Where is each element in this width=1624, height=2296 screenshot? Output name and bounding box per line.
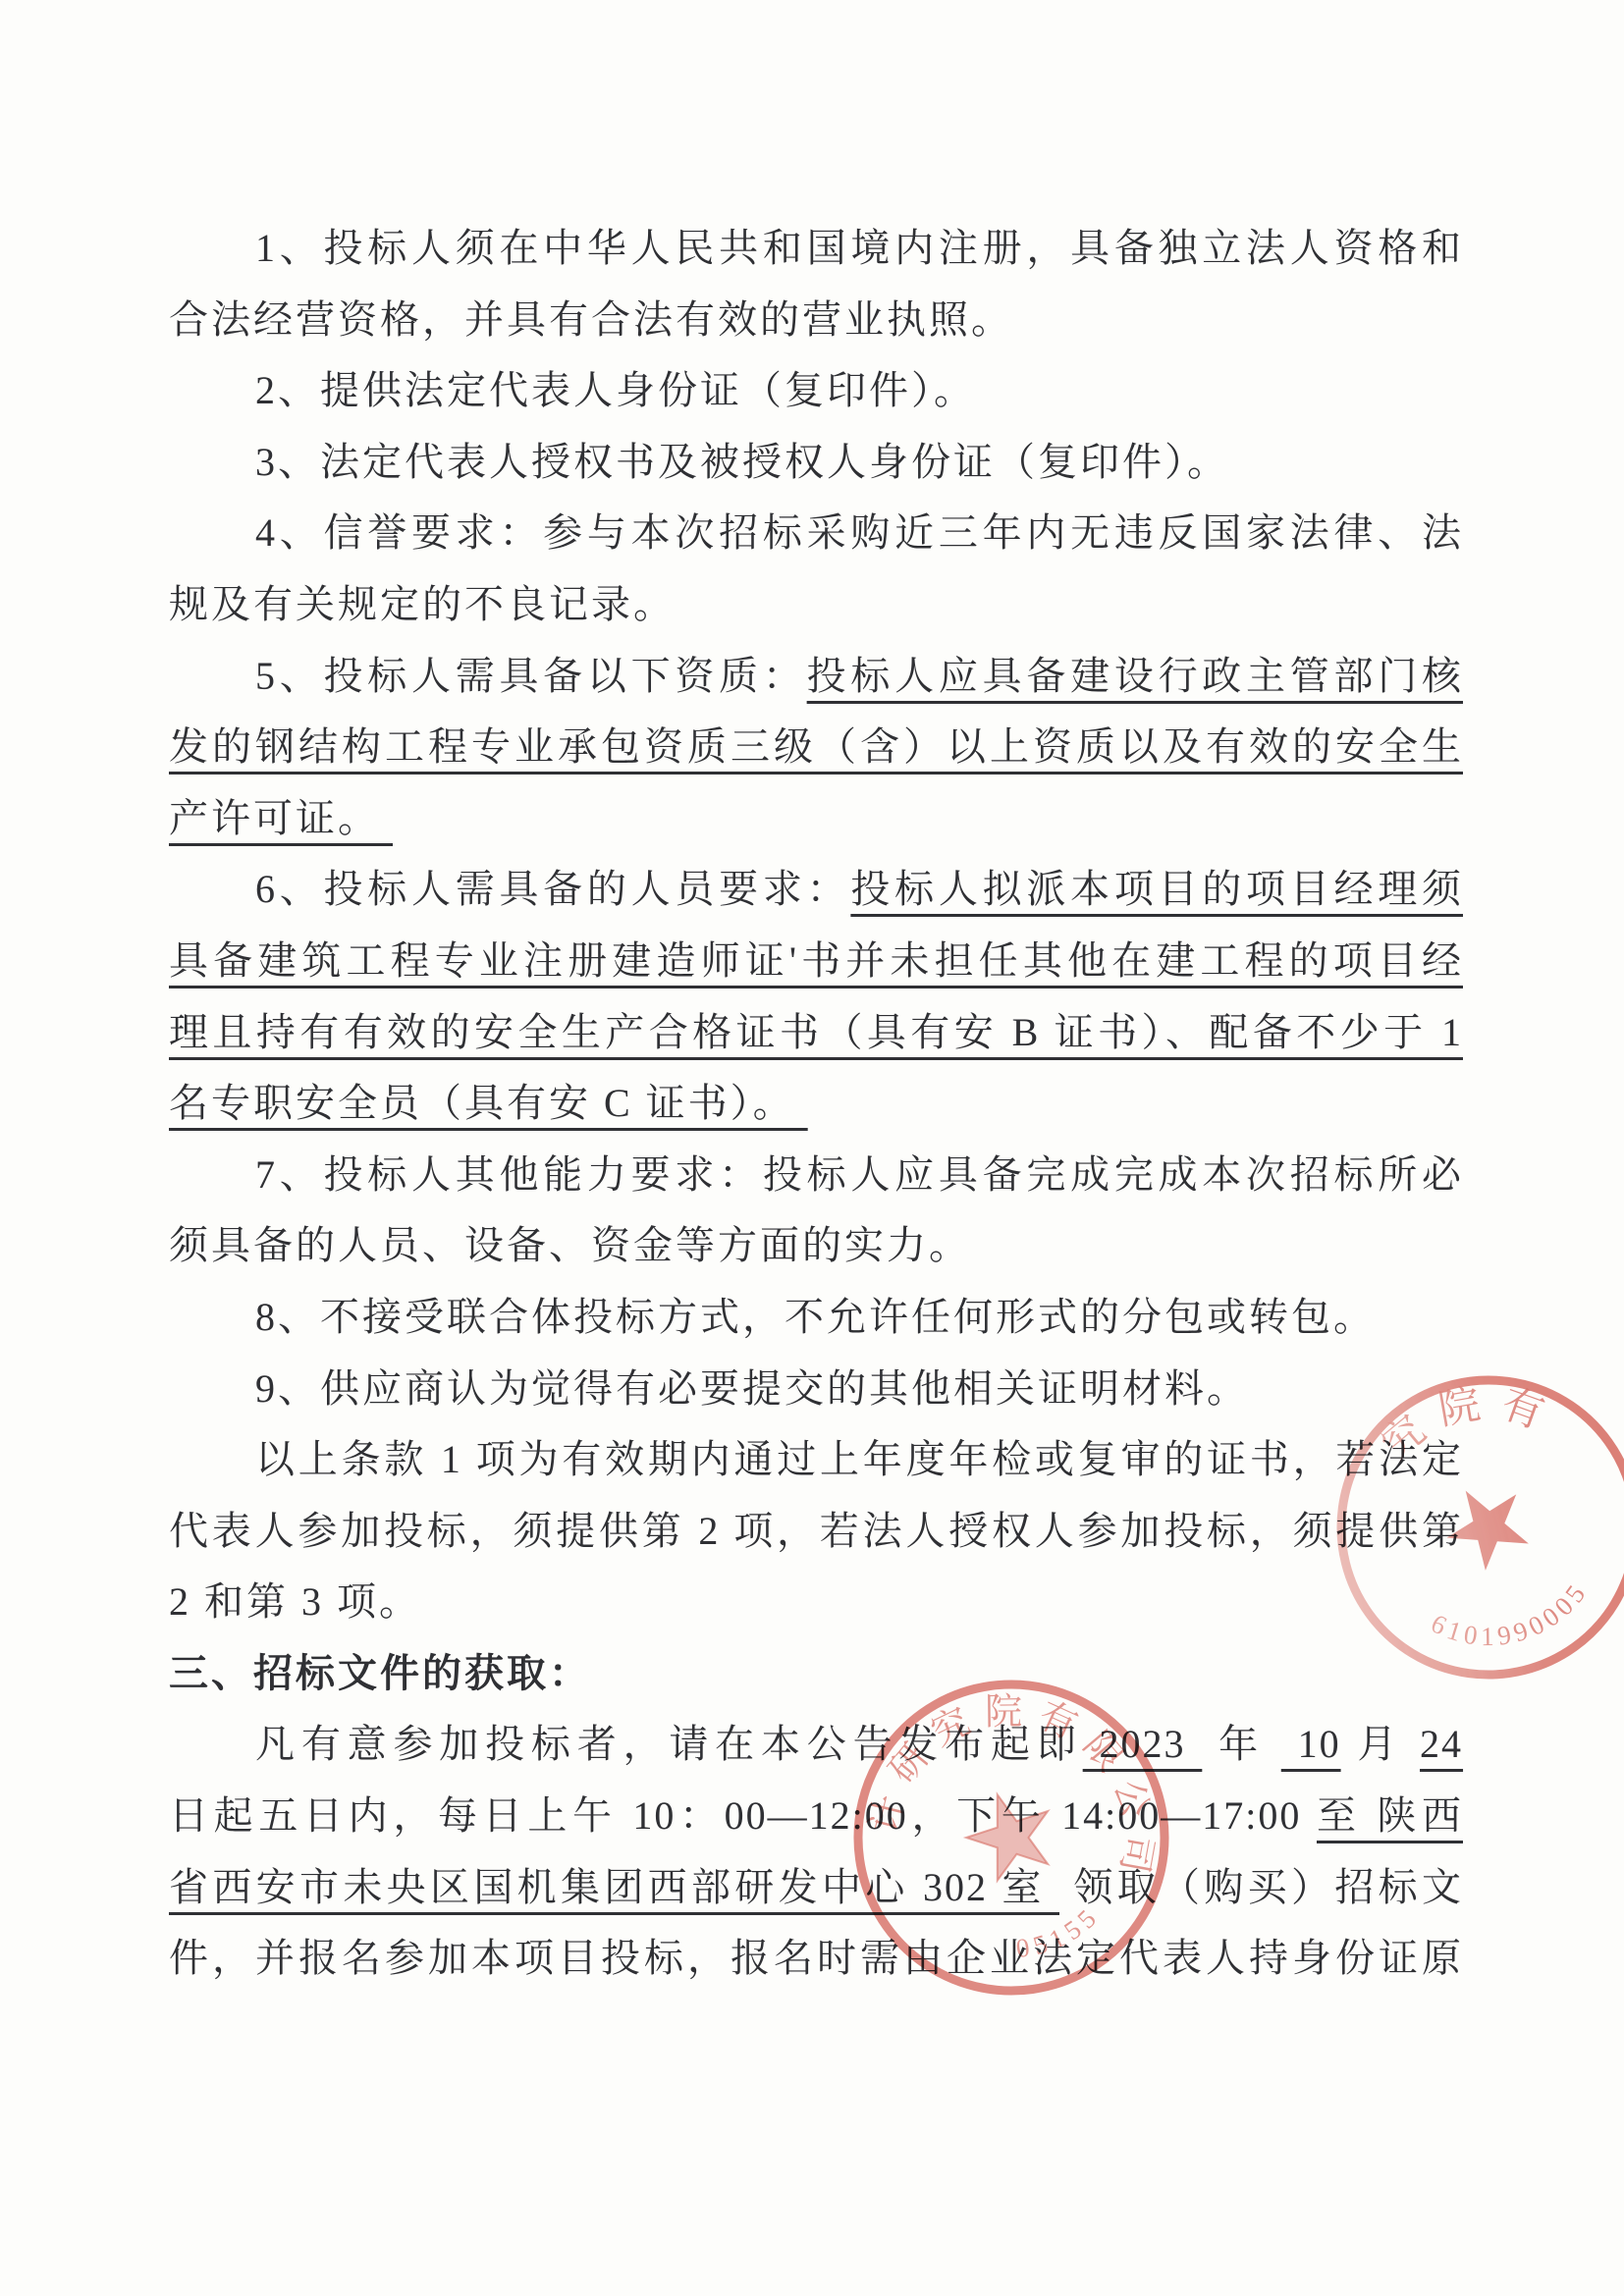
underlined-text: 至 陕西	[1317, 1793, 1463, 1838]
text-line: 件，并报名参加本项目投标，报名时需由企业法定代表人持身份证原	[169, 1923, 1463, 1995]
text-line: 5、投标人需具备以下资质：投标人应具备建设行政主管部门核	[169, 641, 1463, 713]
underlined-text: 投标人应具备建设行政主管部门核	[807, 654, 1463, 698]
text-segment: 年	[1202, 1722, 1280, 1766]
text-line: 4、信誉要求：参与本次招标采购近三年内无违反国家法律、法	[169, 498, 1463, 569]
text-line: 具备建筑工程专业注册建造师证'书并未担任其他在建工程的项目经	[169, 926, 1463, 997]
text-segment: 3、法定代表人授权书及被授权人身份证（复印件）。	[255, 440, 1229, 484]
text-segment: 须具备的人员、设备、资金等方面的实力。	[169, 1223, 971, 1267]
text-line: 产许可证。	[169, 783, 1463, 855]
text-line: 3、法定代表人授权书及被授权人身份证（复印件）。	[169, 427, 1463, 499]
text-segment: 7、投标人其他能力要求：投标人应具备完成完成本次招标所必	[255, 1152, 1463, 1197]
text-line: 须具备的人员、设备、资金等方面的实力。	[169, 1210, 1463, 1282]
text-line: 8、不接受联合体投标方式，不允许任何形式的分包或转包。	[169, 1282, 1463, 1354]
underlined-text: 投标人拟派本项目的项目经理须	[850, 867, 1463, 911]
text-segment: 规及有关规定的不良记录。	[169, 582, 676, 626]
text-segment: 5、投标人需具备以下资质：	[255, 654, 807, 698]
text-line: 省西安市未央区国机集团西部研发中心 302 室 领取（购买）招标文	[169, 1852, 1463, 1924]
text-line: 理且持有有效的安全生产合格证书（具有安 B 证书）、配备不少于 1	[169, 997, 1463, 1069]
text-segment: 2 和第 3 项。	[169, 1579, 421, 1624]
text-line: 2、提供法定代表人身份证（复印件）。	[169, 355, 1463, 427]
text-line: 1、投标人须在中华人民共和国境内注册，具备独立法人资格和	[169, 213, 1463, 285]
text-segment: 凡有意参加投标者，请在本公告发布起即	[255, 1722, 1083, 1766]
text-segment: 2、提供法定代表人身份证（复印件）。	[255, 368, 976, 412]
text-segment: 月	[1341, 1722, 1420, 1766]
text-segment: 8、不接受联合体投标方式，不允许任何形式的分包或转包。	[255, 1295, 1376, 1339]
underlined-text: 10	[1281, 1722, 1341, 1766]
text-segment: 合法经营资格，并具有合法有效的营业执照。	[169, 297, 1013, 342]
document-page: 1、投标人须在中华人民共和国境内注册，具备独立法人资格和合法经营资格，并具有合法…	[0, 0, 1624, 2296]
text-line: 合法经营资格，并具有合法有效的营业执照。	[169, 285, 1463, 356]
text-line: 7、投标人其他能力要求：投标人应具备完成完成本次招标所必	[169, 1140, 1463, 1211]
text-line: 发的钢结构工程专业承包资质三级（含）以上资质以及有效的安全生	[169, 712, 1463, 783]
text-segment: 以上条款 1 项为有效期内通过上年度年检或复审的证书，若法定	[255, 1437, 1463, 1481]
text-line: 凡有意参加投标者，请在本公告发布起即 2023 年 10 月 24	[169, 1709, 1463, 1781]
underlined-text: 理且持有有效的安全生产合格证书（具有安 B 证书）、配备不少于 1	[169, 1010, 1463, 1054]
document-body: 1、投标人须在中华人民共和国境内注册，具备独立法人资格和合法经营资格，并具有合法…	[169, 213, 1463, 1995]
underlined-text: 省西安市未央区国机集团西部研发中心 302 室	[169, 1865, 1059, 1909]
text-segment: 件，并报名参加本项目投标，报名时需由企业法定代表人持身份证原	[169, 1936, 1463, 1980]
underlined-text: 2023	[1083, 1722, 1203, 1766]
underlined-text: 产许可证。	[169, 796, 393, 840]
text-segment: 领取（购买）招标文	[1059, 1865, 1463, 1909]
underlined-text: 具备建筑工程专业注册建造师证'书并未担任其他在建工程的项目经	[169, 938, 1463, 983]
text-line: 规及有关规定的不良记录。	[169, 569, 1463, 641]
text-line: 9、供应商认为觉得有必要提交的其他相关证明材料。	[169, 1354, 1463, 1425]
text-segment: 1、投标人须在中华人民共和国境内注册，具备独立法人资格和	[255, 226, 1463, 270]
underlined-text: 24	[1420, 1722, 1463, 1766]
text-line: 日起五日内，每日上午 10：00—12:00，下午 14:00—17:00 至 …	[169, 1781, 1463, 1852]
text-line: 名专职安全员（具有安 C 证书）。	[169, 1068, 1463, 1140]
text-line: 代表人参加投标，须提供第 2 项，若法人授权人参加投标，须提供第	[169, 1496, 1463, 1568]
text-segment: 6、投标人需具备的人员要求：	[255, 867, 850, 911]
text-line: 6、投标人需具备的人员要求：投标人拟派本项目的项目经理须	[169, 854, 1463, 926]
text-segment: 4、信誉要求：参与本次招标采购近三年内无违反国家法律、法	[255, 510, 1463, 555]
text-segment: 三、招标文件的获取：	[169, 1651, 591, 1695]
text-segment: 9、供应商认为觉得有必要提交的其他相关证明材料。	[255, 1366, 1249, 1411]
text-line: 2 和第 3 项。	[169, 1567, 1463, 1638]
underlined-text: 名专职安全员（具有安 C 证书）。	[169, 1081, 808, 1125]
text-segment: 日起五日内，每日上午 10：00—12:00，下午 14:00—17:00	[169, 1793, 1317, 1838]
text-segment: 代表人参加投标，须提供第 2 项，若法人授权人参加投标，须提供第	[169, 1509, 1463, 1553]
section-heading: 三、招标文件的获取：	[169, 1638, 1463, 1710]
text-line: 以上条款 1 项为有效期内通过上年度年检或复审的证书，若法定	[169, 1424, 1463, 1496]
underlined-text: 发的钢结构工程专业承包资质三级（含）以上资质以及有效的安全生	[169, 724, 1463, 769]
